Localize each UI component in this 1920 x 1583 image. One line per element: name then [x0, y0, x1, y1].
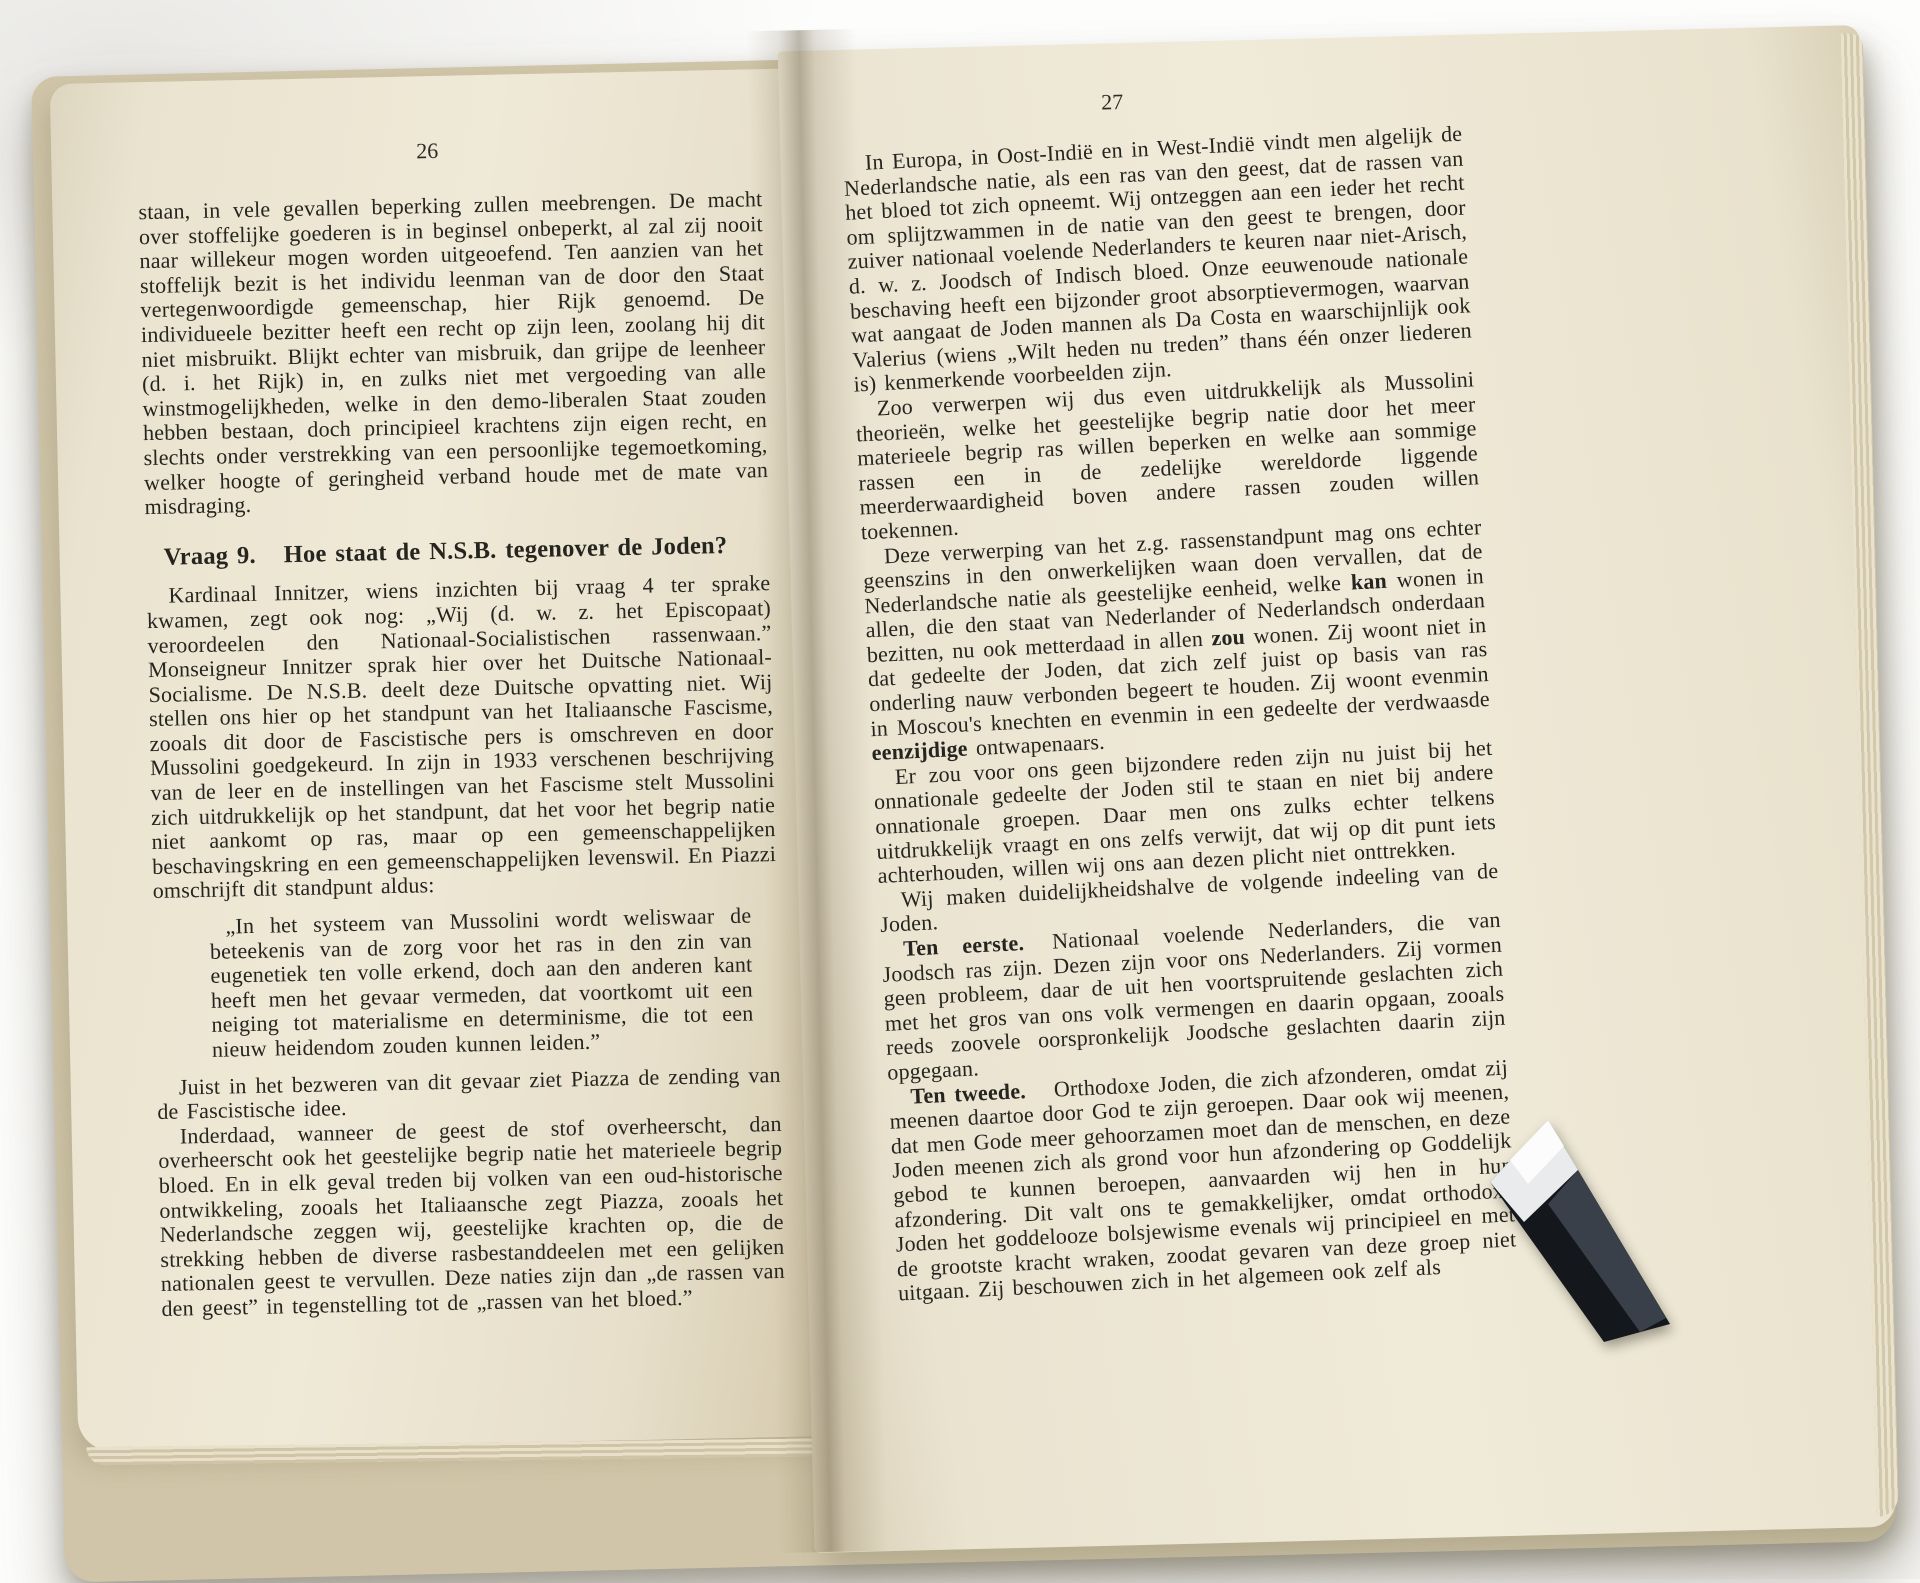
left-page: 26 staan, in vele gevallen beperking zul…	[50, 68, 830, 1451]
right-page-number: 27	[1101, 89, 1124, 116]
left-page-text: staan, in vele gevallen beperking zullen…	[138, 187, 785, 1321]
bold-text: zou	[1211, 624, 1246, 651]
paragraph: Ten tweede.Orthodoxe Joden, die zich afz…	[888, 1055, 1518, 1306]
text-run: „In het systeem van Mussolini wordt weli…	[210, 903, 754, 1062]
paragraph: Kardinaal Innitzer, wiens inzichten bij …	[146, 571, 777, 904]
text-run: Kardinaal Innitzer, wiens inzichten bij …	[147, 570, 777, 903]
text-run: Inderdaad, wanneer de geest de stof over…	[158, 1111, 785, 1321]
paragraph: Deze verwerping van het z.g. rassenstand…	[862, 515, 1492, 766]
left-page-number: 26	[51, 130, 803, 172]
paragraph: staan, in vele gevallen beperking zullen…	[138, 187, 769, 520]
block-quote: „In het systeem van Mussolini wordt weli…	[153, 903, 780, 1064]
bold-text: Vraag 9.	[163, 542, 256, 571]
paragraph: Inderdaad, wanneer de geest de stof over…	[158, 1112, 786, 1322]
section-heading: Vraag 9.Hoe staat de N.S.B. tegenover de…	[145, 533, 769, 571]
bold-text: Hoe staat de N.S.B. tegenover de Joden?	[283, 532, 727, 568]
book-photo: 26 staan, in vele gevallen beperking zul…	[0, 0, 1920, 1579]
text-run: staan, in vele gevallen beperking zullen…	[138, 186, 768, 519]
paragraph: In Europa, in Oost-Indië en in West-Indi…	[842, 122, 1473, 398]
right-page: 27 In Europa, in Oost-Indië en in West-I…	[778, 25, 1896, 1553]
bold-text: kan	[1350, 568, 1387, 595]
text-run: In Europa, in Oost-Indië en in West-Indi…	[843, 121, 1472, 397]
right-page-text: In Europa, in Oost-Indië en in West-Indi…	[842, 122, 1518, 1307]
page-holder-clip	[1452, 1120, 1670, 1342]
